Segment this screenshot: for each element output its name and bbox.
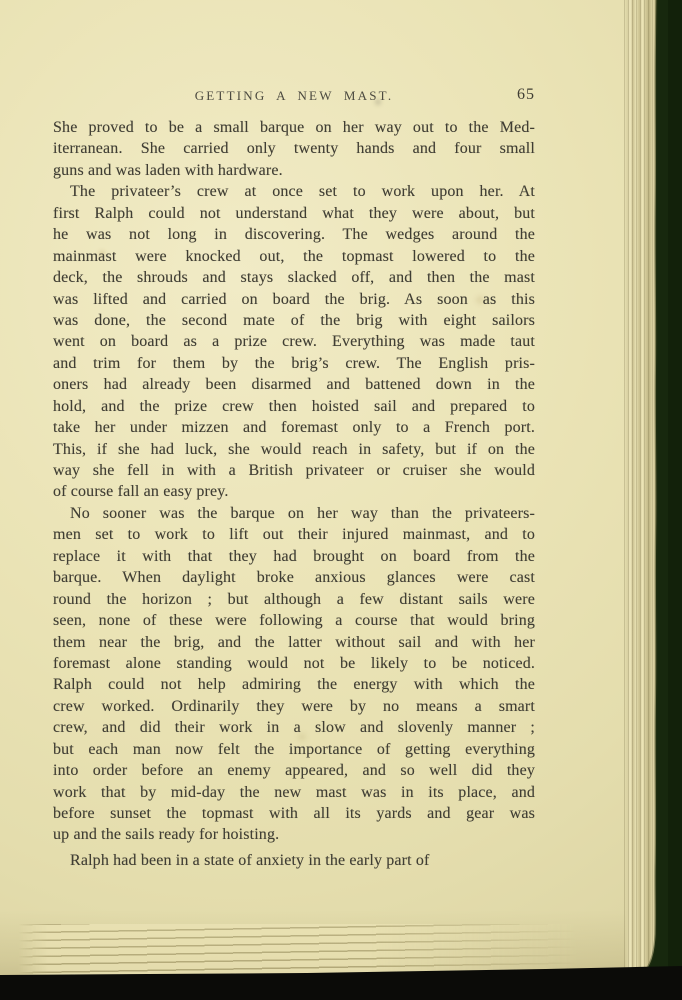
page-number: 65 bbox=[517, 86, 535, 104]
text-line: Ralph had been in a state of anxiety in … bbox=[53, 850, 535, 871]
chapter-header-title: GETTING A NEW MAST. bbox=[53, 88, 535, 104]
text-line: barque. When daylight broke anxious glan… bbox=[53, 567, 535, 588]
text-line: he was not long in discovering. The wedg… bbox=[53, 224, 535, 245]
running-header: GETTING A NEW MAST. 65 bbox=[53, 88, 535, 110]
text-line: but each man now felt the importance of … bbox=[53, 739, 535, 760]
text-line: Ralph could not help admiring the energy… bbox=[53, 674, 535, 695]
text-line: men set to work to lift out their injure… bbox=[53, 524, 535, 545]
paragraph: The privateer’s crew at once set to work… bbox=[53, 181, 535, 503]
text-line: work that by mid-day the new mast was in… bbox=[53, 782, 535, 803]
text-line: foremast alone standing would not be lik… bbox=[53, 653, 535, 674]
text-line: into order before an enemy appeared, and… bbox=[53, 760, 535, 781]
text-line: up and the sails ready for hoisting. bbox=[53, 824, 535, 845]
scanned-book-page: GETTING A NEW MAST. 65 She proved to be … bbox=[0, 0, 682, 1000]
text-line: round the horizon ; but although a few d… bbox=[53, 589, 535, 610]
text-line: way she fell in with a British privateer… bbox=[53, 460, 535, 481]
text-line: seen, none of these were following a cou… bbox=[53, 610, 535, 631]
body-text: She proved to be a small barque on her w… bbox=[53, 117, 535, 871]
text-line: deck, the shrouds and stays slacked off,… bbox=[53, 267, 535, 288]
text-line: No sooner was the barque on her way than… bbox=[53, 503, 535, 524]
text-line: before sunset the topmast with all its y… bbox=[53, 803, 535, 824]
text-line: of course fall an easy prey. bbox=[53, 481, 535, 502]
text-line: crew worked. Ordinarily they were by no … bbox=[53, 696, 535, 717]
paper-specks bbox=[0, 0, 4, 4]
text-line: them near the brig, and the latter witho… bbox=[53, 632, 535, 653]
paragraph: Ralph had been in a state of anxiety in … bbox=[53, 850, 535, 871]
text-line: The privateer’s crew at once set to work… bbox=[53, 181, 535, 202]
text-line: was lifted and carried on board the brig… bbox=[53, 289, 535, 310]
paragraph: She proved to be a small barque on her w… bbox=[53, 117, 535, 181]
text-line: mainmast were knocked out, the topmast l… bbox=[53, 246, 535, 267]
text-line: This, if she had luck, she would reach i… bbox=[53, 439, 535, 460]
text-line: iterranean. She carried only twenty hand… bbox=[53, 138, 535, 159]
text-line: guns and was laden with hardware. bbox=[53, 160, 535, 181]
text-line: first Ralph could not understand what th… bbox=[53, 203, 535, 224]
book-cover-edge bbox=[622, 0, 682, 1000]
text-line: went on board as a prize crew. Everythin… bbox=[53, 331, 535, 352]
text-line: hold, and the prize crew then hoisted sa… bbox=[53, 396, 535, 417]
text-line: crew, and did their work in a slow and s… bbox=[53, 717, 535, 738]
text-line: She proved to be a small barque on her w… bbox=[53, 117, 535, 138]
text-line: take her under mizzen and foremast only … bbox=[53, 417, 535, 438]
text-line: oners had already been disarmed and batt… bbox=[53, 374, 535, 395]
text-line: was done, the second mate of the brig wi… bbox=[53, 310, 535, 331]
paragraph: No sooner was the barque on her way than… bbox=[53, 503, 535, 846]
text-line: and trim for them by the brig’s crew. Th… bbox=[53, 353, 535, 374]
text-line: replace it with that they had brought on… bbox=[53, 546, 535, 567]
